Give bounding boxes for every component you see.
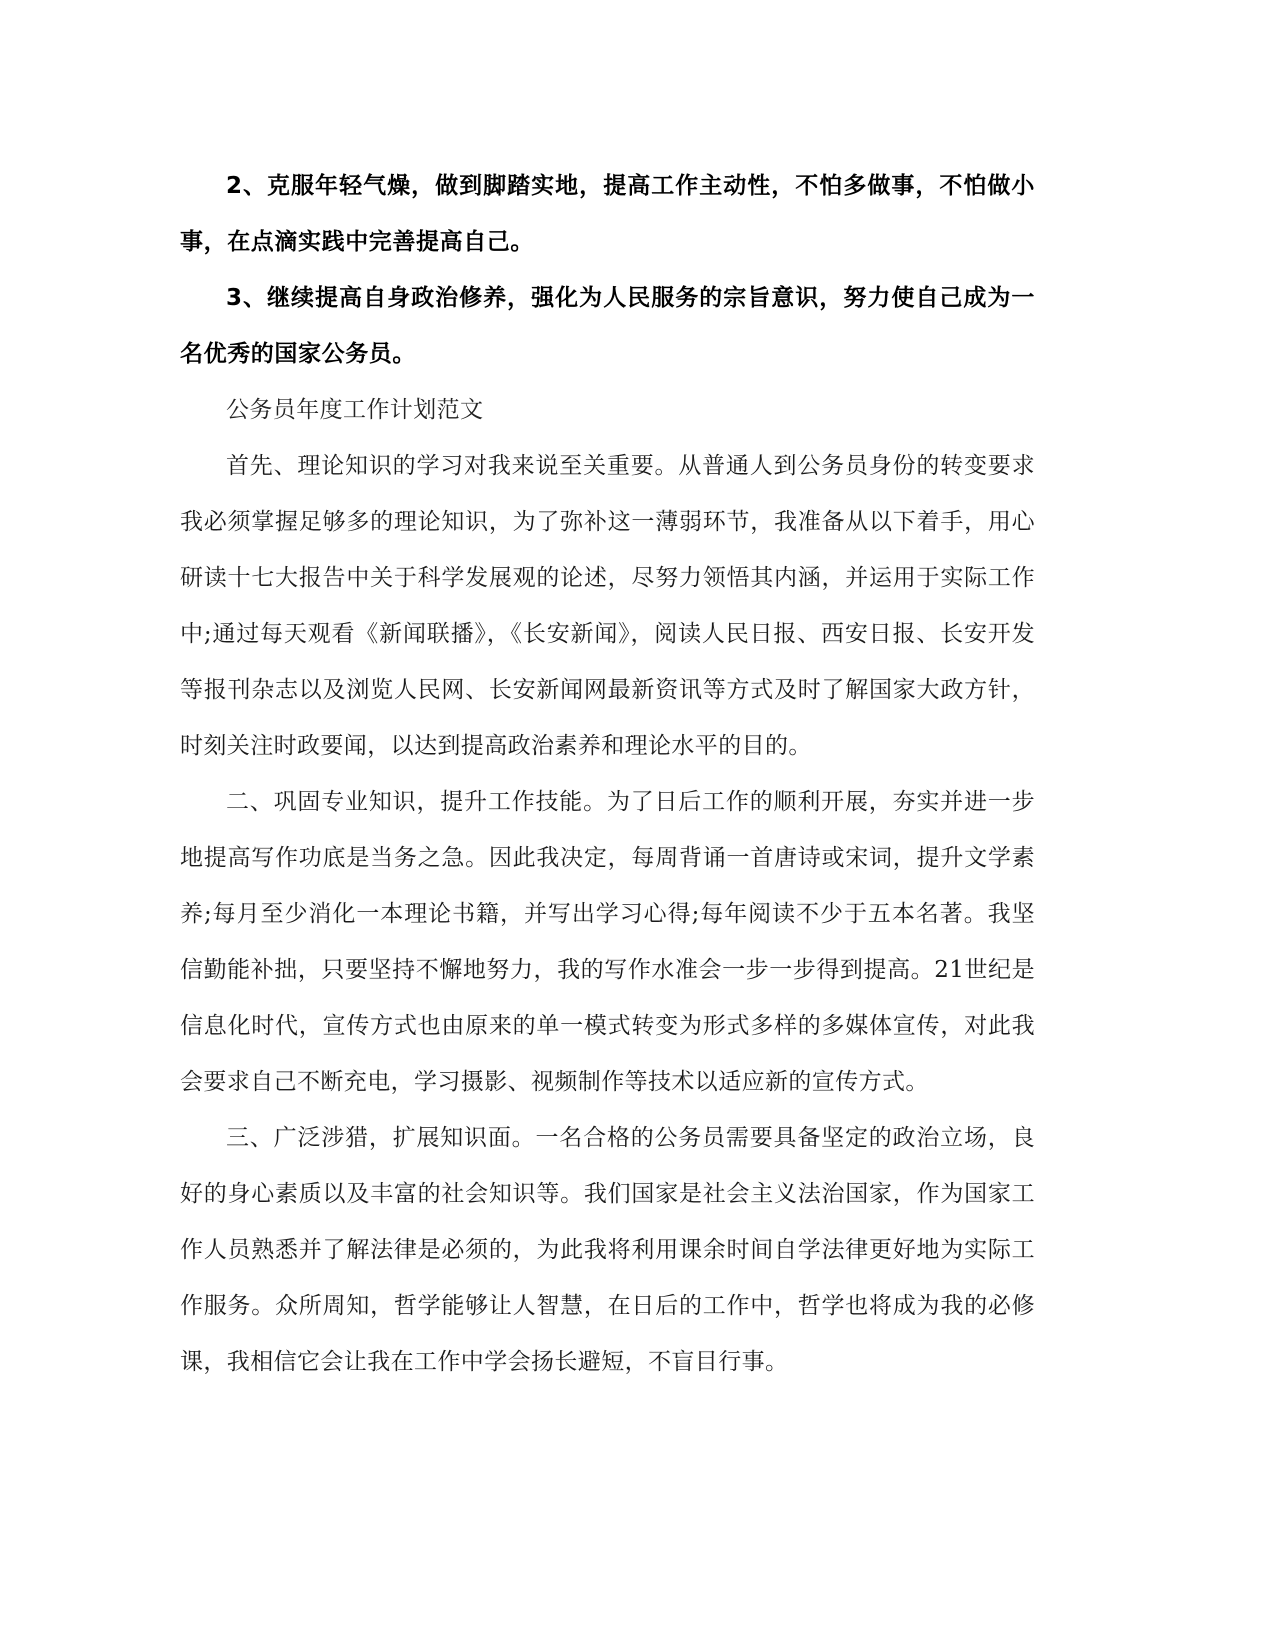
paragraph-broaden-knowledge: 三、广泛涉猎，扩展知识面。一名合格的公务员需要具备坚定的政治立场，良好的身心素质…: [180, 1110, 1035, 1390]
numbered-point-2: 2、克服年轻气燥，做到脚踏实地，提高工作主动性，不怕多做事，不怕做小事，在点滴实…: [180, 158, 1035, 270]
paragraph-theory-study: 首先、理论知识的学习对我来说至关重要。从普通人到公务员身份的转变要求我必须掌握足…: [180, 438, 1035, 774]
document-page: 2、克服年轻气燥，做到脚踏实地，提高工作主动性，不怕多做事，不怕做小事，在点滴实…: [180, 158, 1035, 1390]
numbered-point-3: 3、继续提高自身政治修养，强化为人民服务的宗旨意识，努力使自己成为一名优秀的国家…: [180, 270, 1035, 382]
paragraph-professional-skills: 二、巩固专业知识，提升工作技能。为了日后工作的顺利开展，夯实并进一步地提高写作功…: [180, 774, 1035, 1110]
section-title: 公务员年度工作计划范文: [180, 382, 1035, 438]
